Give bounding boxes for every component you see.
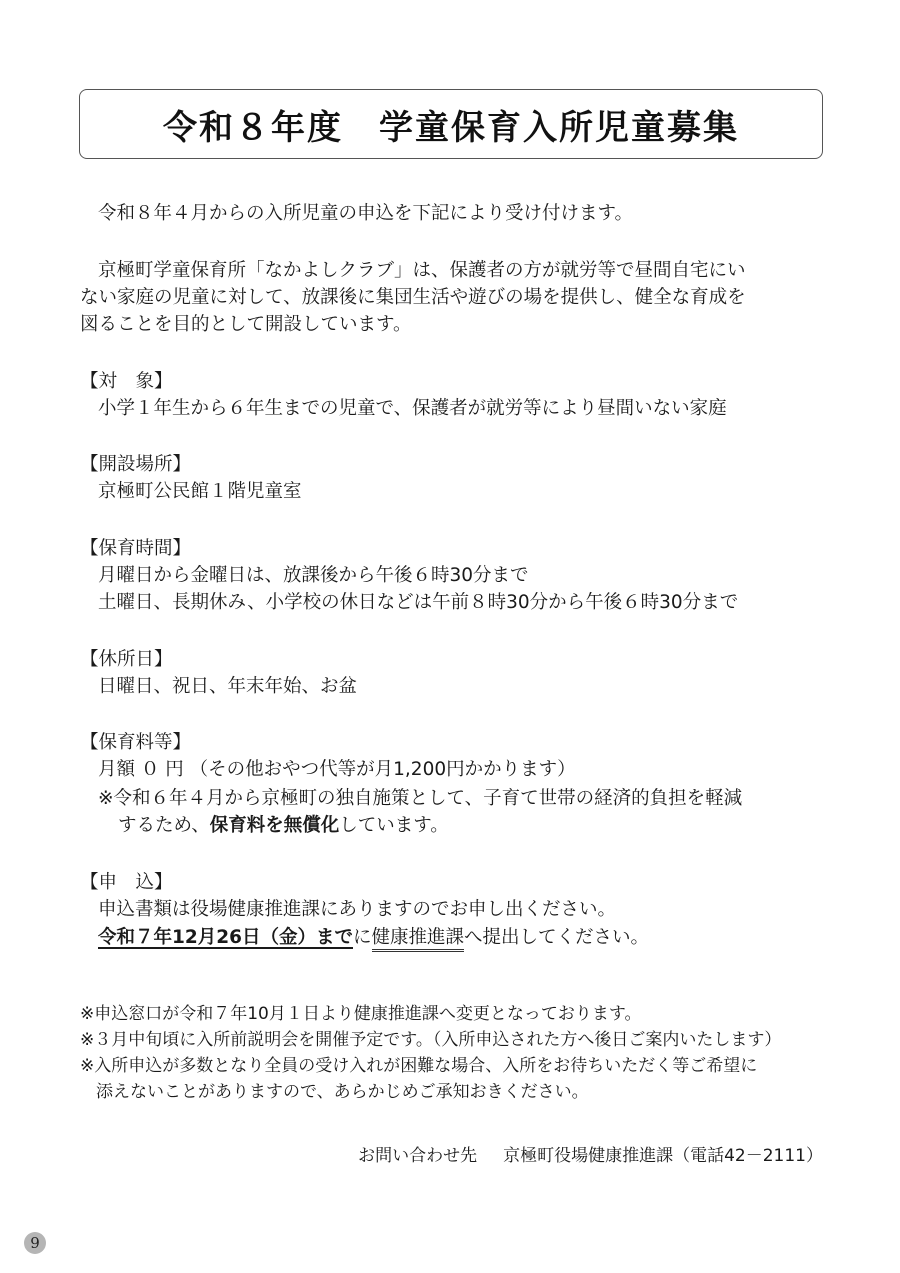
fee-free-emphasis: 保育料を無償化 — [210, 815, 340, 836]
fee-note-cont: するため、保育料を無償化しています。 — [118, 814, 449, 838]
fee-note: ※令和６年４月から京極町の独自施策として、子育て世帯の経済的負担を軽減 — [98, 787, 742, 811]
page-title: 令和８年度 学童保育入所児童募集 — [163, 100, 739, 149]
target-text: 小学１年生から６年生までの児童で、保護者が就労等により昼間いない家庭 — [98, 397, 727, 421]
fee-note-post: しています。 — [339, 815, 449, 836]
hours-weekday: 月曜日から金曜日は、放課後から午後６時30分まで — [98, 564, 529, 588]
section-heading-fees: 【保育料等】 — [80, 731, 191, 755]
location-text: 京極町公民館１階児童室 — [98, 480, 302, 504]
apply-post: へ提出してください。 — [464, 927, 649, 948]
apply-text: 申込書類は役場健康推進課にありますのでお申し出ください。 — [98, 898, 616, 922]
hours-holiday: 土曜日、長期休み、小学校の休日などは午前８時30分から午後６時30分まで — [98, 591, 738, 615]
apply-deadline: 令和７年12月26日（金）まで — [98, 927, 353, 948]
closed-days: 日曜日、祝日、年末年始、お盆 — [98, 675, 357, 699]
intro-text: 令和８年４月からの入所児童の申込を下記により受け付けます。 — [98, 202, 633, 226]
note-line: 添えないことがありますので、あらかじめご承知おきください。 — [96, 1080, 589, 1104]
note-line: ※入所申込が多数となり全員の受け入れが困難な場合、入所をお待ちいただく等ご希望に — [80, 1054, 757, 1078]
description-line: 図ることを目的として開設しています。 — [80, 313, 412, 337]
apply-mid: に — [353, 927, 372, 948]
section-heading-hours: 【保育時間】 — [80, 537, 191, 561]
section-heading-closed: 【休所日】 — [80, 648, 173, 672]
note-line: ※３月中旬頃に入所前説明会を開催予定です。（入所申込された方へ後日ご案内いたしま… — [80, 1028, 781, 1052]
contact-value: 京極町役場健康推進課（電話42－2111） — [503, 1146, 823, 1166]
apply-deadline-line: 令和７年12月26日（金）までに健康推進課へ提出してください。 — [98, 926, 649, 950]
section-heading-location: 【開設場所】 — [80, 453, 191, 477]
apply-office: 健康推進課 — [372, 927, 465, 952]
contact-label: お問い合わせ先 — [358, 1146, 477, 1166]
fee-amount: 月額 ０ 円 （その他おやつ代等が月1,200円かかります） — [98, 758, 576, 782]
title-box: 令和８年度 学童保育入所児童募集 — [79, 89, 823, 159]
fee-note-pre: するため、 — [118, 815, 210, 836]
page-number: 9 — [24, 1232, 46, 1254]
section-heading-apply: 【申 込】 — [80, 871, 173, 895]
section-heading-target: 【対 象】 — [80, 370, 173, 394]
note-line: ※申込窓口が令和７年10月１日より健康推進課へ変更となっております。 — [80, 1002, 642, 1026]
description-line: ない家庭の児童に対して、放課後に集団生活や遊びの場を提供し、健全な育成を — [80, 286, 746, 310]
contact-info: お問い合わせ先京極町役場健康推進課（電話42－2111） — [358, 1141, 823, 1166]
description-line: 京極町学童保育所「なかよしクラブ」は、保護者の方が就労等で昼間自宅にい — [98, 259, 746, 283]
